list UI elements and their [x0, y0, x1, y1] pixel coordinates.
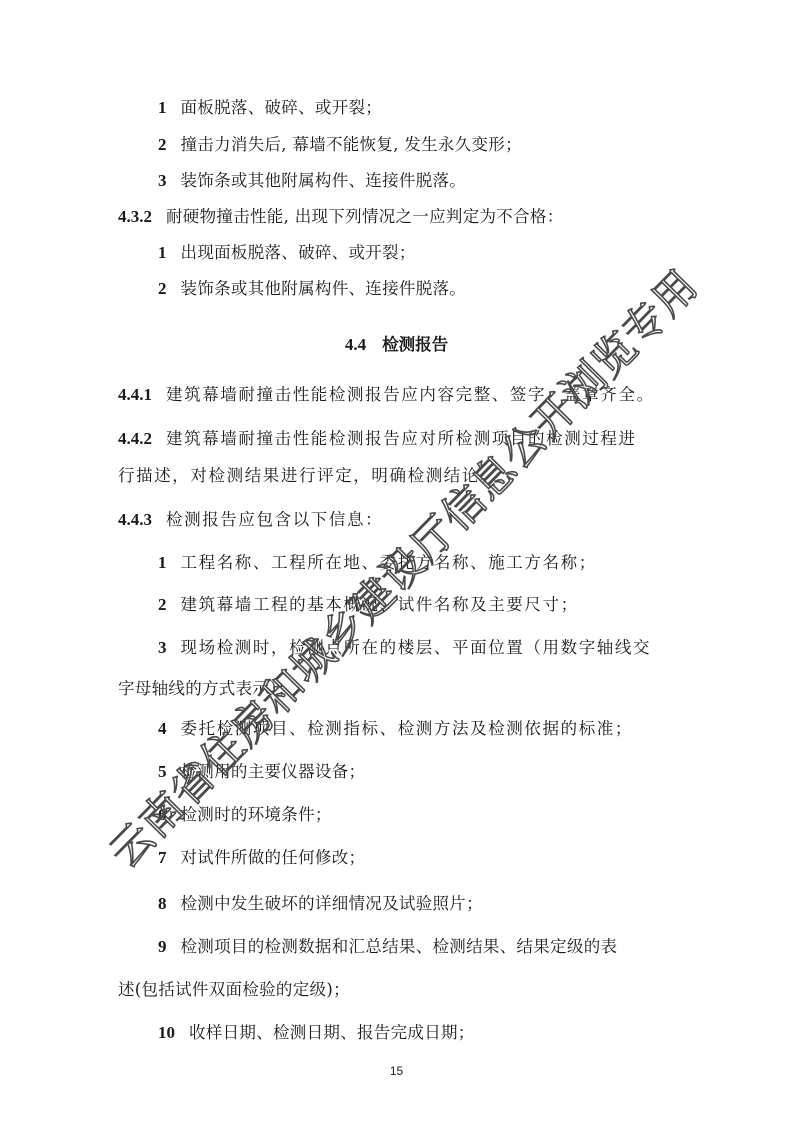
list-item-continuation: 字母轴线的方式表示）；	[118, 679, 295, 699]
list-item: 7对试件所做的任何修改；	[158, 848, 365, 868]
clause: 4.4.2建筑幕墙耐撞击性能检测报告应对所检测项目的检测过程进	[118, 429, 637, 449]
clause-number: 4.3.2	[118, 207, 152, 227]
item-text: 装饰条或其他附属构件、连接件脱落。	[181, 279, 467, 298]
list-item: 4委托检测项目、检测指标、检测方法及检测依据的标准；	[158, 719, 633, 739]
list-item: 2建筑幕墙工程的基本概况、试件名称及主要尺寸；	[158, 595, 579, 615]
clause-text: 建筑幕墙耐撞击性能检测报告应内容完整、签字、盖章齐全。	[166, 385, 655, 404]
item-text: 对试件所做的任何修改；	[181, 848, 366, 867]
clause-number: 4.4.1	[118, 385, 152, 405]
item-text: 委托检测项目、检测指标、检测方法及检测依据的标准；	[181, 719, 634, 738]
item-text: 检测项目的检测数据和汇总结果、检测结果、结果定级的表	[181, 937, 618, 956]
item-text: 检测用的主要仪器设备；	[181, 762, 366, 781]
item-number: 2	[158, 135, 167, 155]
list-item: 10收样日期、检测日期、报告完成日期；	[158, 1023, 475, 1043]
item-number: 4	[158, 719, 167, 739]
item-text: 撞击力消失后, 幕墙不能恢复, 发生永久变形；	[181, 135, 522, 154]
list-item: 3现场检测时，检测点所在的楼层、平面位置（用数字轴线交	[158, 638, 651, 658]
item-text: 述(包括试件双面检验的定级)；	[118, 980, 350, 999]
item-text: 装饰条或其他附属构件、连接件脱落。	[181, 171, 467, 190]
item-number: 7	[158, 848, 167, 868]
list-item: 6检测时的环境条件；	[158, 805, 332, 825]
item-text: 面板脱落、破碎、或开裂；	[181, 98, 383, 117]
item-text: 建筑幕墙工程的基本概况、试件名称及主要尺寸；	[181, 595, 579, 614]
list-item: 2撞击力消失后, 幕墙不能恢复, 发生永久变形；	[158, 135, 522, 155]
list-item: 8检测中发生破坏的详细情况及试验照片；	[158, 894, 483, 914]
clause: 4.3.2耐硬物撞击性能, 出现下列情况之一应判定为不合格：	[118, 207, 564, 227]
item-number: 3	[158, 171, 167, 191]
item-number: 3	[158, 638, 167, 658]
clause-text: 行描述，对检测结果进行评定，明确检测结论。	[118, 466, 498, 485]
clause-text: 检测报告应包含以下信息：	[166, 510, 383, 529]
clause-text: 建筑幕墙耐撞击性能检测报告应对所检测项目的检测过程进	[166, 429, 637, 448]
item-number: 2	[158, 595, 167, 615]
clause-continuation: 行描述，对检测结果进行评定，明确检测结论。	[118, 466, 498, 486]
item-number: 2	[158, 279, 167, 299]
page-number: 15	[0, 1064, 793, 1078]
clause-text: 耐硬物撞击性能, 出现下列情况之一应判定为不合格：	[166, 207, 564, 226]
item-number: 9	[158, 937, 167, 957]
item-text: 收样日期、检测日期、报告完成日期；	[189, 1023, 475, 1042]
item-text: 检测中发生破坏的详细情况及试验照片；	[181, 894, 483, 913]
clause: 4.4.3检测报告应包含以下信息：	[118, 510, 383, 530]
item-number: 6	[158, 805, 167, 825]
item-number: 1	[158, 98, 167, 118]
list-item: 1工程名称、工程所在地、委托方名称、施工方名称；	[158, 553, 597, 573]
section-number: 4.4	[345, 335, 366, 354]
item-number: 1	[158, 553, 167, 573]
list-item: 9检测项目的检测数据和汇总结果、检测结果、结果定级的表	[158, 937, 617, 957]
item-number: 8	[158, 894, 167, 914]
item-number: 5	[158, 762, 167, 782]
item-text: 现场检测时，检测点所在的楼层、平面位置（用数字轴线交	[181, 638, 652, 657]
item-text: 工程名称、工程所在地、委托方名称、施工方名称；	[181, 553, 597, 572]
document-page: 1面板脱落、破碎、或开裂； 2撞击力消失后, 幕墙不能恢复, 发生永久变形； 3…	[0, 0, 793, 1122]
section-title: 检测报告	[382, 335, 448, 354]
list-item: 1面板脱落、破碎、或开裂；	[158, 98, 382, 118]
clause: 4.4.1建筑幕墙耐撞击性能检测报告应内容完整、签字、盖章齐全。	[118, 385, 655, 405]
item-number: 1	[158, 243, 167, 263]
item-text: 出现面板脱落、破碎、或开裂；	[181, 243, 416, 262]
list-item: 2装饰条或其他附属构件、连接件脱落。	[158, 279, 466, 299]
list-item: 5检测用的主要仪器设备；	[158, 762, 365, 782]
item-text: 字母轴线的方式表示）；	[118, 679, 295, 698]
clause-number: 4.4.3	[118, 510, 152, 530]
list-item: 1出现面板脱落、破碎、或开裂；	[158, 243, 416, 263]
item-text: 检测时的环境条件；	[181, 805, 332, 824]
item-number: 10	[158, 1023, 175, 1043]
list-item-continuation: 述(包括试件双面检验的定级)；	[118, 980, 350, 1000]
section-heading: 4.4检测报告	[0, 335, 793, 355]
list-item: 3装饰条或其他附属构件、连接件脱落。	[158, 171, 466, 191]
clause-number: 4.4.2	[118, 429, 152, 449]
